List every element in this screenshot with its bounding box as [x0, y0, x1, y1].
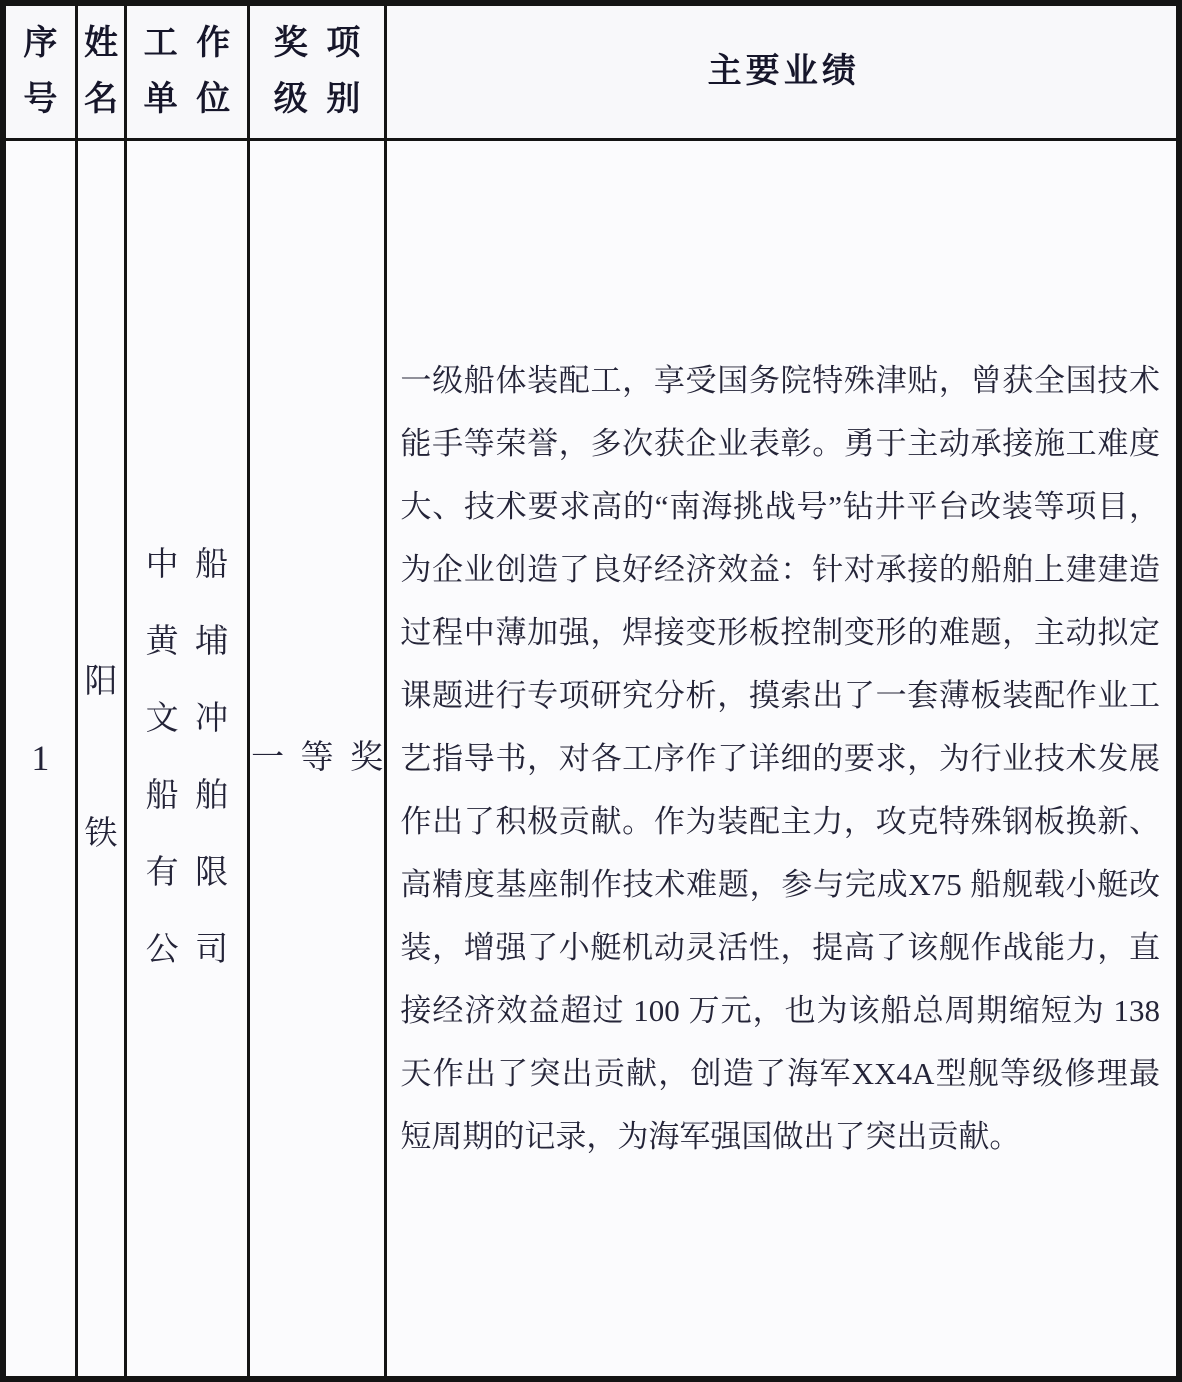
name-char-2: 铁	[84, 814, 117, 854]
work-unit-line-1: 中船	[146, 527, 245, 604]
cell-award-level: 一等奖	[248, 139, 386, 1379]
award-table: 序 号 姓 名 工作 单位 奖项 级别 主要业绩	[0, 0, 1182, 1382]
col-header-name-line2: 名	[78, 72, 124, 128]
document-page: 序 号 姓 名 工作 单位 奖项 级别 主要业绩	[0, 0, 1182, 1382]
cell-work-unit: 中船 黄埔 文冲 船舶 有限 公司	[126, 139, 249, 1379]
work-unit-line-3: 文冲	[146, 681, 245, 758]
work-unit-line-6: 公司	[146, 912, 245, 989]
col-header-unit: 工作 单位	[126, 3, 249, 139]
cell-serial: 1	[3, 139, 76, 1379]
serial-number: 1	[6, 737, 75, 779]
col-header-unit-line2: 单位	[144, 72, 249, 128]
col-header-unit-line1: 工作	[144, 16, 249, 72]
col-header-achievement-label: 主要业绩	[708, 44, 860, 100]
header-row: 序 号 姓 名 工作 单位 奖项 级别 主要业绩	[3, 3, 1179, 139]
achievement-paragraph: 一级船体装配工，享受国务院特殊津贴，曾获全国技术能手等荣誉，多次获企业表彰。勇于…	[400, 349, 1160, 1168]
col-header-serial: 序 号	[3, 3, 76, 139]
col-header-name-line1: 姓	[78, 16, 124, 72]
col-header-name: 姓 名	[76, 3, 125, 139]
col-header-serial-line1: 序	[6, 16, 75, 72]
col-header-award: 奖项 级别	[248, 3, 386, 139]
name-char-1: 阳	[84, 662, 117, 702]
work-unit-line-2: 黄埔	[146, 604, 245, 681]
work-unit-line-5: 有限	[146, 835, 245, 912]
col-header-award-line1: 奖项	[274, 16, 379, 72]
award-level-text: 一等奖	[251, 738, 400, 778]
cell-name: 阳 铁	[76, 139, 125, 1379]
work-unit-lines: 中船 黄埔 文冲 船舶 有限 公司	[127, 527, 247, 989]
name-stack: 阳 铁	[78, 662, 124, 854]
col-header-achievement: 主要业绩	[386, 3, 1179, 139]
col-header-serial-line2: 号	[6, 72, 75, 128]
table-row: 1 阳 铁 中船 黄埔 文冲 船舶 有限 公司	[3, 139, 1179, 1379]
col-header-award-line2: 级别	[274, 72, 379, 128]
work-unit-line-4: 船舶	[146, 758, 245, 835]
cell-achievement: 一级船体装配工，享受国务院特殊津贴，曾获全国技术能手等荣誉，多次获企业表彰。勇于…	[386, 139, 1179, 1379]
